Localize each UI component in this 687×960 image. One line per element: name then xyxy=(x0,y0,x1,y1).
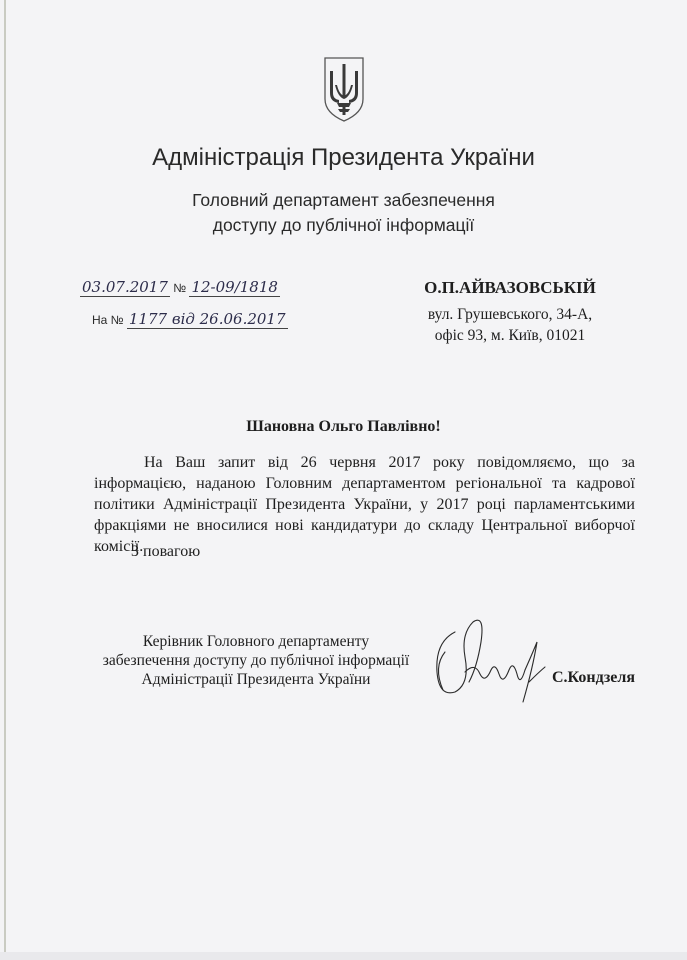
address-line-2: офіс 93, м. Київ, 01021 xyxy=(395,325,625,346)
signatory-title: Керівник Головного департаменту забезпеч… xyxy=(96,632,416,689)
recipient-address: вул. Грушевського, 34-А, офіс 93, м. Киї… xyxy=(395,304,625,346)
closing: З повагою xyxy=(131,543,200,561)
page-edge xyxy=(0,952,687,960)
number-label: № xyxy=(173,281,186,295)
address-line-1: вул. Грушевського, 34-А, xyxy=(395,304,625,325)
recipient-name: О.П.АЙВАЗОВСЬКІЙ xyxy=(395,278,625,298)
recipient-block: О.П.АЙВАЗОВСЬКІЙ вул. Грушевського, 34-А… xyxy=(395,278,625,346)
incoming-reference: На № 1177 від 26.06.2017 xyxy=(92,310,288,329)
outgoing-date: 03.07.2017 xyxy=(80,278,170,297)
organization-title: Адміністрація Президента України xyxy=(0,144,687,172)
department-line-1: Головний департамент забезпечення xyxy=(0,188,687,213)
department-name: Головний департамент забезпечення доступ… xyxy=(0,188,687,238)
signatory-name: С.Кондзеля xyxy=(552,669,635,687)
signatory-title-line-2: забезпечення доступу до публічної інформ… xyxy=(96,651,416,670)
department-line-2: доступу до публічної інформації xyxy=(0,213,687,238)
signatory-title-line-3: Адміністрації Президента України xyxy=(96,670,416,689)
salutation: Шановна Ольго Павлівно! xyxy=(0,418,687,436)
trident-emblem-icon xyxy=(322,55,366,123)
outgoing-number: 12-09/1818 xyxy=(189,278,279,297)
incoming-number: 1177 від 26.06.2017 xyxy=(127,310,288,329)
letter-body: На Ваш запит від 26 червня 2017 року пов… xyxy=(94,452,635,557)
handwritten-signature-icon xyxy=(425,612,555,707)
signatory-title-line-1: Керівник Головного департаменту xyxy=(96,632,416,651)
outgoing-reference: 03.07.2017 № 12-09/1818 xyxy=(80,278,280,297)
reply-to-label: На № xyxy=(92,313,124,327)
